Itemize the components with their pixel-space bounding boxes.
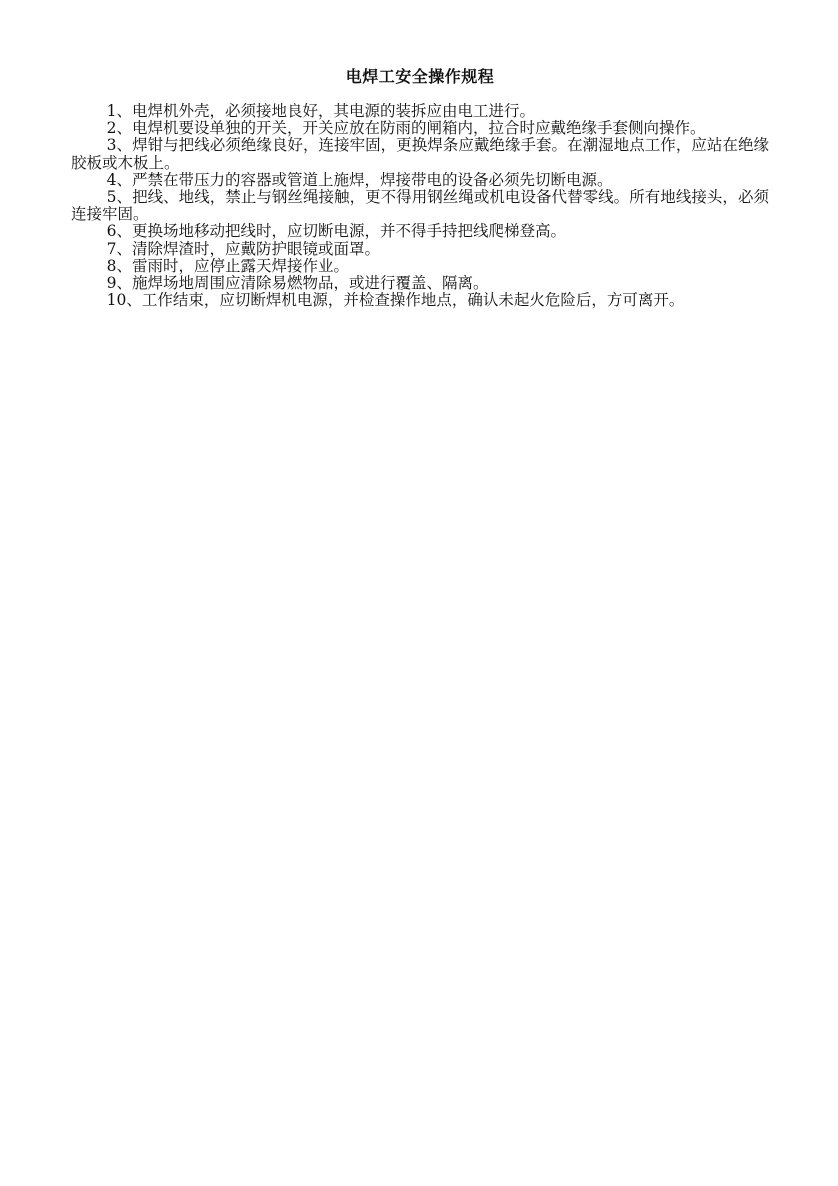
rule-item: 9、施焊场地周围应清除易燃物品，或进行覆盖、隔离。	[71, 275, 769, 292]
rule-item: 1、电焊机外壳，必须接地良好，其电源的装拆应由电工进行。	[71, 103, 769, 120]
document-page: 电焊工安全操作规程 1、电焊机外壳，必须接地良好，其电源的装拆应由电工进行。 2…	[71, 66, 769, 309]
rules-list: 1、电焊机外壳，必须接地良好，其电源的装拆应由电工进行。 2、电焊机要设单独的开…	[71, 103, 769, 309]
rule-item: 10、工作结束，应切断焊机电源，并检查操作地点，确认未起火危险后，方可离开。	[71, 292, 769, 309]
rule-item: 5、把线、地线，禁止与钢丝绳接触，更不得用钢丝绳或机电设备代替零线。所有地线接头…	[71, 189, 769, 223]
rule-item: 2、电焊机要设单独的开关，开关应放在防雨的闸箱内，拉合时应戴绝缘手套侧向操作。	[71, 120, 769, 137]
rule-item: 8、雷雨时，应停止露天焊接作业。	[71, 258, 769, 275]
document-title: 电焊工安全操作规程	[71, 66, 769, 88]
rule-item: 6、更换场地移动把线时，应切断电源，并不得手持把线爬梯登高。	[71, 223, 769, 240]
rule-item: 4、严禁在带压力的容器或管道上施焊，焊接带电的设备必须先切断电源。	[71, 172, 769, 189]
rule-item: 3、焊钳与把线必须绝缘良好，连接牢固，更换焊条应戴绝缘手套。在潮湿地点工作，应站…	[71, 137, 769, 171]
rule-item: 7、清除焊渣时，应戴防护眼镜或面罩。	[71, 241, 769, 258]
